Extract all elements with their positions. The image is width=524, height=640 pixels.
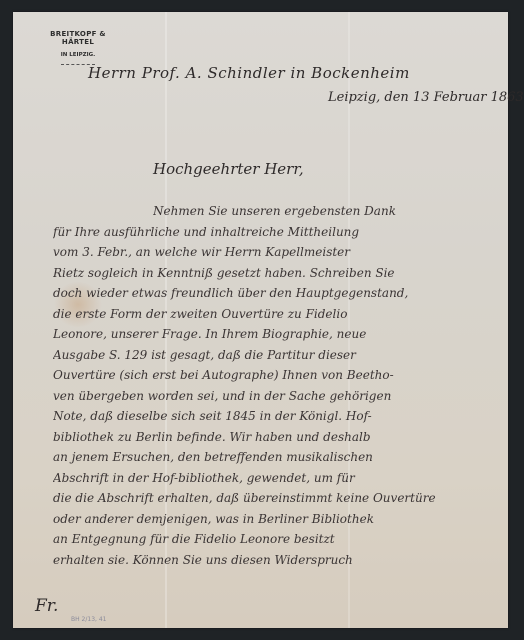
body-line: erhalten sie. Können Sie uns diesen Wide…	[53, 553, 493, 571]
body-line: oder anderer demjenigen, was in Berliner…	[53, 512, 493, 530]
body-line: die die Abschrift erhalten, daß übereins…	[53, 491, 493, 509]
body-line: für Ihre ausführliche und inhaltreiche M…	[53, 225, 493, 243]
body-line: Leonore, unserer Frage. In Ihrem Biograp…	[53, 327, 493, 345]
letterhead-name: BREITKOPF & HÄRTEL	[33, 30, 123, 46]
body-line: Ausgabe S. 129 ist gesagt, daß die Parti…	[53, 348, 493, 366]
body-line: doch wieder etwas freundlich über den Ha…	[53, 286, 493, 304]
body-line: Ouvertüre (sich erst bei Autographe) Ihn…	[53, 368, 493, 386]
body-line: die erste Form der zweiten Ouvertüre zu …	[53, 307, 493, 325]
body-line: an jenem Ersuchen, den betreffenden musi…	[53, 450, 493, 468]
archive-mark: BH 2/13, 41	[71, 616, 106, 623]
body-line: bibliothek zu Berlin befinde. Wir haben …	[53, 430, 493, 448]
letter-page: BREITKOPF & HÄRTEL IN LEIPZIG. Herrn Pro…	[13, 12, 508, 628]
body-line: ven übergeben worden sei, und in der Sac…	[53, 389, 493, 407]
closing-signature: Fr.	[35, 596, 58, 616]
body-line: Note, daß dieselbe sich seit 1845 in der…	[53, 409, 493, 427]
body-line: Rietz sogleich in Kenntniß gesetzt haben…	[53, 266, 493, 284]
body-line: vom 3. Febr., an welche wir Herrn Kapell…	[53, 245, 493, 263]
letterhead-city: IN LEIPZIG.	[33, 52, 123, 58]
letterhead: BREITKOPF & HÄRTEL IN LEIPZIG.	[33, 30, 123, 65]
salutation: Hochgeehrter Herr,	[153, 160, 304, 178]
body-line: Nehmen Sie unseren ergebensten Dank	[153, 204, 483, 222]
recipient-address: Herrn Prof. A. Schindler in Bockenheim	[88, 64, 410, 82]
body-line: an Entgegnung für die Fidelio Leonore be…	[53, 532, 493, 550]
letter-date: Leipzig, den 13 Februar 1863	[328, 90, 524, 105]
body-line: Abschrift in der Hof-bibliothek, gewende…	[53, 471, 493, 489]
